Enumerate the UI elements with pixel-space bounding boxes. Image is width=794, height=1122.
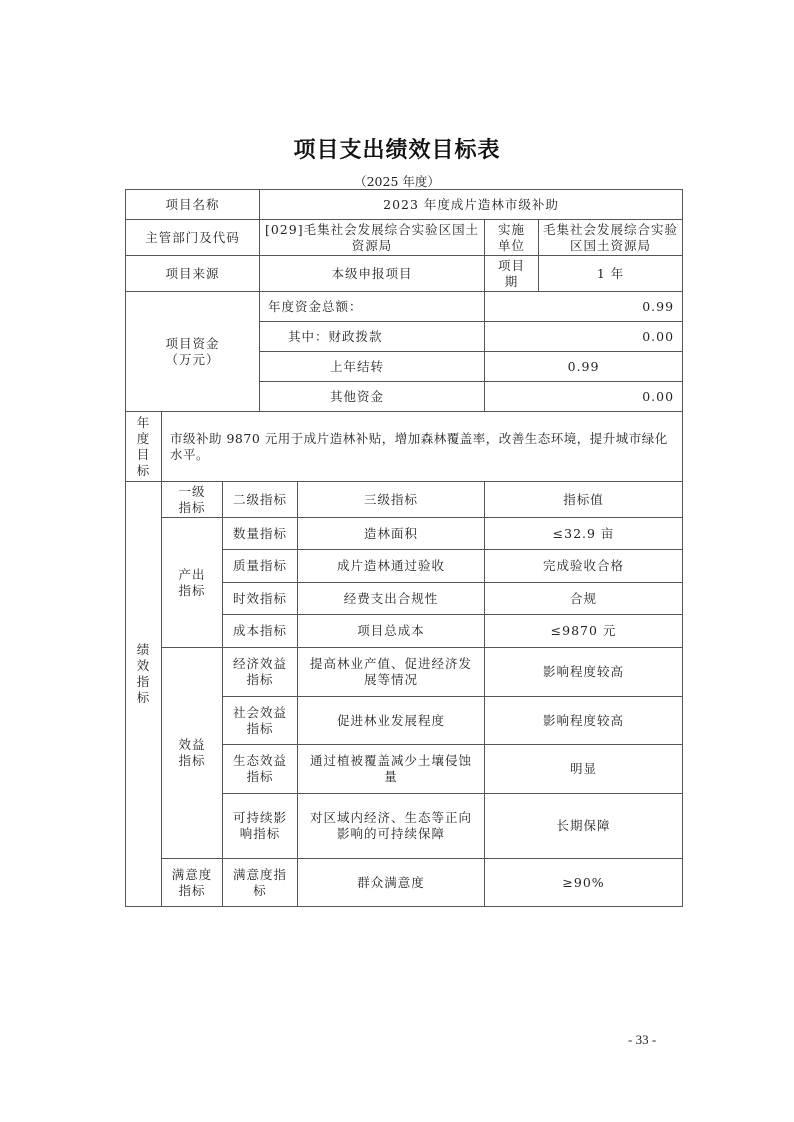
value-cell: ≤32.9 亩 <box>485 518 683 550</box>
row-project-source: 项目来源 本级申报项目 项目期 1 年 <box>126 256 683 292</box>
funding-fiscal-label: 其中：财政拨款 <box>260 322 485 352</box>
row-funding-total: 项目资金 （万元） 年度资金总额： 0.99 <box>126 292 683 322</box>
project-source-label: 项目来源 <box>126 256 260 292</box>
level3-cell: 促进林业发展程度 <box>298 697 485 745</box>
level2-cell: 数量指标 <box>223 518 298 550</box>
header-level2: 二级指标 <box>223 482 298 518</box>
level2-cell: 社会效益指标 <box>223 697 298 745</box>
table-row: 产出指标 数量指标 造林面积 ≤32.9 亩 <box>126 518 683 550</box>
level1-benefit: 效益指标 <box>162 648 223 859</box>
implementing-unit-value: 毛集社会发展综合实验区国土资源局 <box>539 220 683 256</box>
project-name-label: 项目名称 <box>126 190 260 220</box>
level3-cell: 通过植被覆盖减少土壤侵蚀量 <box>298 745 485 794</box>
performance-indicators-label-text: 绩效指标 <box>137 642 151 706</box>
funding-other-value: 0.00 <box>485 382 683 412</box>
table-row: 效益指标 经济效益指标 提高林业产值、促进经济发展等情况 影响程度较高 <box>126 648 683 697</box>
fiscal-year-subtitle: （2025 年度） <box>0 172 794 190</box>
level2-cell: 满意度指标 <box>223 859 298 907</box>
performance-goal-table: 项目名称 2023 年度成片造林市级补助 主管部门及代码 [029]毛集社会发展… <box>125 189 683 907</box>
row-department: 主管部门及代码 [029]毛集社会发展综合实验区国土资源局 实施单位 毛集社会发… <box>126 220 683 256</box>
project-name-value: 2023 年度成片造林市级补助 <box>260 190 683 220</box>
page-number: - 33 - <box>628 1032 656 1048</box>
level3-cell: 成片造林通过验收 <box>298 550 485 583</box>
level2-cell: 成本指标 <box>223 615 298 648</box>
row-indicator-header: 绩效指标 一级指标 二级指标 三级指标 指标值 <box>126 482 683 518</box>
page-title: 项目支出绩效目标表 <box>0 133 794 164</box>
row-project-name: 项目名称 2023 年度成片造林市级补助 <box>126 190 683 220</box>
funding-label-line2: （万元） <box>166 352 220 367</box>
value-cell: 长期保障 <box>485 794 683 859</box>
level3-cell: 项目总成本 <box>298 615 485 648</box>
level3-cell: 对区域内经济、生态等正向影响的可持续保障 <box>298 794 485 859</box>
value-cell: ≥90% <box>485 859 683 907</box>
level3-cell: 造林面积 <box>298 518 485 550</box>
value-cell: 明显 <box>485 745 683 794</box>
level2-cell: 经济效益指标 <box>223 648 298 697</box>
header-level1: 一级指标 <box>162 482 223 518</box>
level1-output: 产出指标 <box>162 518 223 648</box>
funding-fiscal-value: 0.00 <box>485 322 683 352</box>
funding-other-label: 其他资金 <box>260 382 485 412</box>
value-cell: ≤9870 元 <box>485 615 683 648</box>
row-annual-goal: 年度目标 市级补助 9870 元用于成片造林补贴，增加森林覆盖率，改善生态环境，… <box>126 412 683 482</box>
annual-goal-text: 市级补助 9870 元用于成片造林补贴，增加森林覆盖率，改善生态环境，提升城市绿… <box>162 412 683 482</box>
level3-cell: 群众满意度 <box>298 859 485 907</box>
level2-cell: 时效指标 <box>223 583 298 615</box>
funding-label: 项目资金 （万元） <box>126 292 260 412</box>
funding-carryover-value: 0.99 <box>485 352 683 382</box>
level2-cell: 生态效益指标 <box>223 745 298 794</box>
project-period-value: 1 年 <box>539 256 683 292</box>
department-label: 主管部门及代码 <box>126 220 260 256</box>
funding-total-value: 0.99 <box>485 292 683 322</box>
department-value: [029]毛集社会发展综合实验区国土资源局 <box>260 220 485 256</box>
funding-label-line1: 项目资金 <box>166 336 220 351</box>
value-cell: 合规 <box>485 583 683 615</box>
implementing-unit-label: 实施单位 <box>485 220 539 256</box>
level2-cell: 可持续影响指标 <box>223 794 298 859</box>
funding-total-label: 年度资金总额： <box>260 292 485 322</box>
annual-goal-label-text: 年度目标 <box>137 415 151 479</box>
funding-carryover-label: 上年结转 <box>260 352 485 382</box>
project-source-value: 本级申报项目 <box>260 256 485 292</box>
value-cell: 影响程度较高 <box>485 697 683 745</box>
level1-satisfaction: 满意度指标 <box>162 859 223 907</box>
level2-cell: 质量指标 <box>223 550 298 583</box>
value-cell: 完成验收合格 <box>485 550 683 583</box>
header-value: 指标值 <box>485 482 683 518</box>
table-row: 满意度指标 满意度指标 群众满意度 ≥90% <box>126 859 683 907</box>
level3-cell: 提高林业产值、促进经济发展等情况 <box>298 648 485 697</box>
project-period-label: 项目期 <box>485 256 539 292</box>
annual-goal-label: 年度目标 <box>126 412 162 482</box>
header-level3: 三级指标 <box>298 482 485 518</box>
value-cell: 影响程度较高 <box>485 648 683 697</box>
performance-indicators-label: 绩效指标 <box>126 482 162 907</box>
level3-cell: 经费支出合规性 <box>298 583 485 615</box>
